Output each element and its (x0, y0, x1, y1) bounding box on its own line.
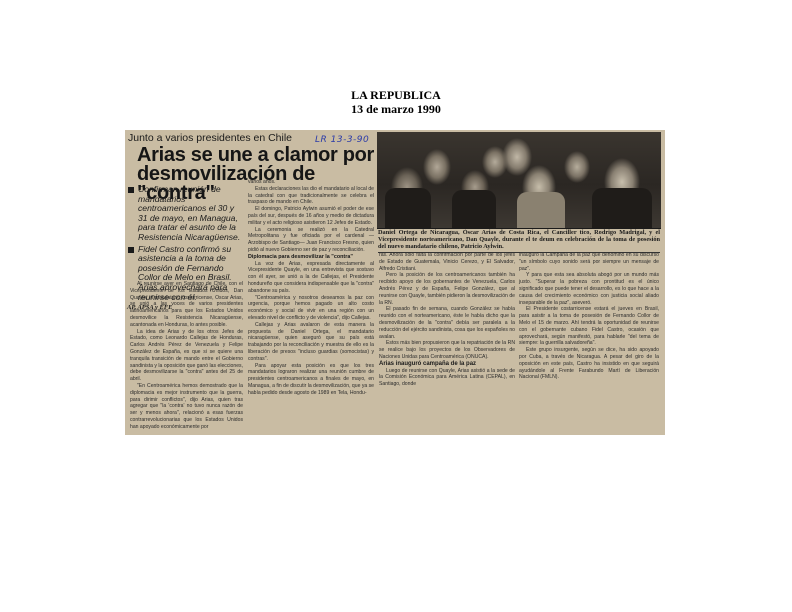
square-bullet-icon (128, 187, 134, 193)
paragraph: Callejas y Arias avalaron de esta manera… (248, 322, 374, 363)
deck-item: Confirman reunión de mandatarios centroa… (127, 185, 245, 243)
paragraph: La voz de Arias, expresada directamente … (248, 261, 374, 295)
paragraph: La ceremonia se realizó en la Catedral M… (248, 227, 374, 254)
photo-figure (592, 188, 652, 228)
article-column-1: Al reunirse ayer en Santiago de Chile, c… (130, 281, 243, 431)
paragraph: inauguró la Campaña de la paz que denomi… (519, 252, 659, 272)
paragraph: "En Centroamérica hemos demostrado que l… (130, 383, 243, 431)
publication-date: 13 de marzo 1990 (0, 102, 792, 116)
publication-name: LA REPUBLICA (0, 88, 792, 102)
news-photo (377, 132, 661, 229)
paragraph: El domingo, Patricio Aylwin asumió el po… (248, 206, 374, 226)
paragraph: Al reunirse ayer en Santiago de Chile, c… (130, 281, 243, 329)
paragraph: El pasado fin de semana, cuando González… (379, 306, 515, 340)
paragraph: "Centroamérica y nosotros deseamos la pa… (248, 295, 374, 322)
paragraph: varios años. (248, 179, 374, 186)
paragraph: Y para que esta sea absoluta abogó por u… (519, 272, 659, 306)
paragraph: Pero la posición de los centroamericanos… (379, 272, 515, 306)
paragraph: ras. Ahora solo falta la confirmación po… (379, 252, 515, 272)
article-column-4: inauguró la Campaña de la paz que denomi… (519, 252, 659, 381)
paragraph: Estas declaraciones las dio el mandatari… (248, 186, 374, 206)
paragraph: Luego de reunirse con Quayle, Arias asis… (379, 368, 515, 388)
article-column-3: ras. Ahora solo falta la confirmación po… (379, 252, 515, 388)
photo-figure (385, 188, 431, 228)
photo-figure (517, 192, 565, 228)
photo-figure (452, 190, 496, 228)
subheading: Arias inauguró campaña de la paz (379, 361, 515, 368)
paragraph: El Presidente costarricense estará el ju… (519, 306, 659, 347)
square-bullet-icon (128, 247, 134, 253)
paragraph: Estos más bien propusieron que la repatr… (379, 340, 515, 360)
kicker: Junto a varios presidentes en Chile (128, 132, 292, 144)
paragraph: Para apoyar esta posición es que los tre… (248, 363, 374, 397)
article-column-2: varios años. Estas declaraciones las dio… (248, 179, 374, 397)
photo-caption: Daniel Ortega de Nicaragua, Óscar Arias … (378, 229, 660, 253)
document-header: LA REPUBLICA 13 de marzo 1990 (0, 88, 792, 116)
paragraph: Este grupo insurgente, según se dice, ha… (519, 347, 659, 381)
newspaper-clipping: Junto a varios presidentes en Chile LR 1… (125, 130, 665, 435)
deck-text: Confirman reunión de mandatarios centroa… (138, 184, 240, 242)
subheading: Diplomacia para desmovilizar la "contra" (248, 254, 374, 261)
paragraph: La idea de Arias y de los otros Jefes de… (130, 329, 243, 383)
